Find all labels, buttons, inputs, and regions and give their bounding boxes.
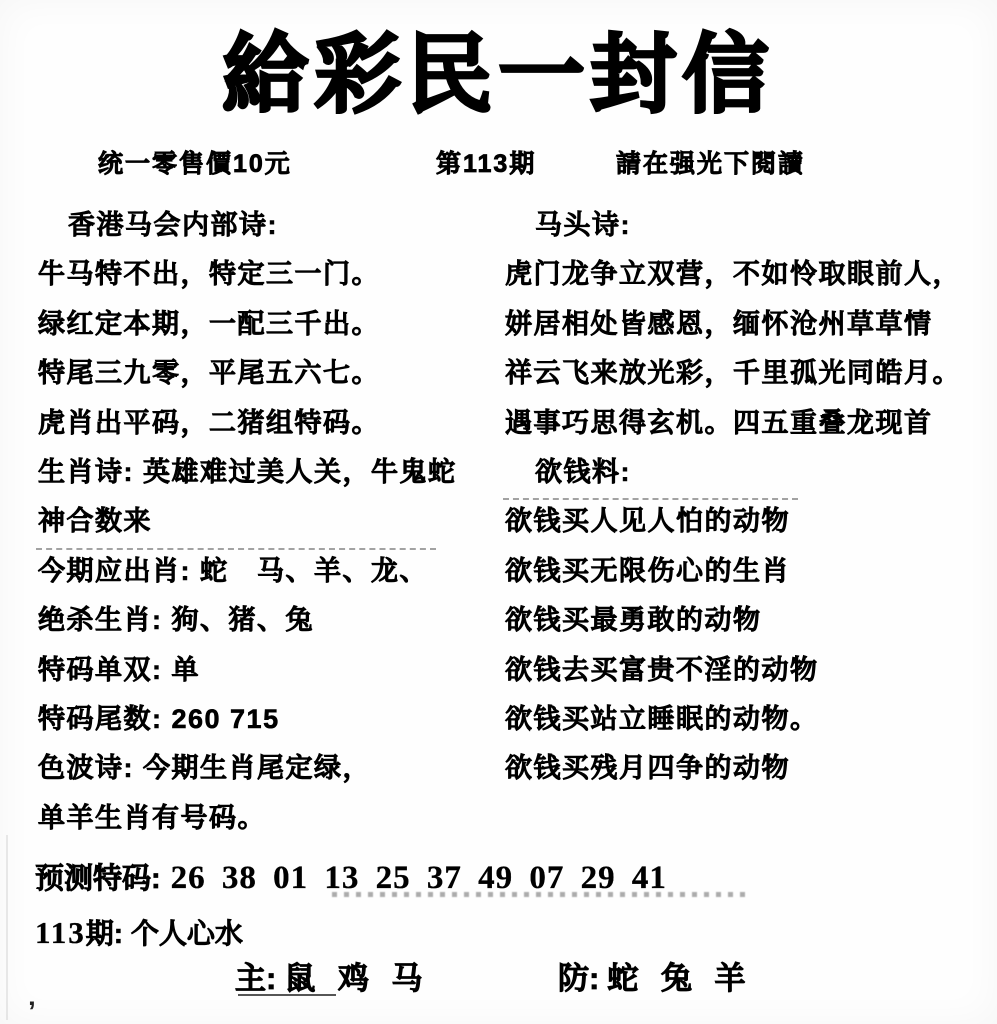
text-line: 姘居相处皆感恩，缅怀沧州草草情: [505, 300, 990, 349]
text-line-content: 欲钱去买富贵不淫的动物: [505, 646, 819, 695]
text-line: 欲钱买无限伤心的生肖: [505, 547, 990, 596]
retail-price-label: 统一零售價10元: [98, 144, 292, 180]
text-line: 今期应出肖: 蛇 马、羊、龙、: [38, 547, 493, 596]
text-line-content: 单羊生肖有号码。: [38, 794, 266, 843]
text-line-content: 欲钱买人见人怕的动物: [505, 497, 790, 546]
reading-notice-label: 請在强光下閱讀: [616, 144, 805, 180]
prediction-label: 预测特码:: [35, 863, 161, 895]
main-label: 主:: [235, 961, 276, 996]
personal-pick-text: 个人心水: [131, 918, 243, 949]
text-line: 欲钱买残月四争的动物: [505, 744, 990, 793]
main-guard-row: 主:鼠 鸡 马 防:蛇 兔 羊: [0, 953, 997, 1003]
text-line: 欲钱买最勇敢的动物: [505, 596, 990, 645]
text-line-content: 欲钱买残月四争的动物: [505, 744, 790, 793]
scan-edge-streak: [6, 835, 8, 1020]
personal-pick-line: 113期: 个人心水: [35, 912, 243, 952]
text-line-content: 色波诗: 今期生肖尾定绿，: [38, 744, 371, 793]
text-line: 马头诗:: [505, 201, 990, 250]
text-line-content: 特尾三九零，平尾五六七。: [38, 349, 380, 398]
text-line: 香港马会内部诗:: [38, 201, 493, 250]
text-line: 遇事巧思得玄机。四五重叠龙现首: [505, 399, 990, 448]
scan-comma-artifact: ‚: [28, 980, 36, 1012]
text-line-content: 姘居相处皆感恩，缅怀沧州草草情: [505, 300, 933, 349]
faint-print-artifact: [332, 892, 746, 897]
text-line-content: 绿红定本期，一配三千出。: [38, 300, 380, 349]
text-line-content: 欲钱买站立睡眠的动物。: [505, 695, 819, 744]
text-line-content: 虎肖出平码，二猪组特码。: [38, 399, 380, 448]
text-line-content: 今期应出肖: 蛇 马、羊、龙、: [38, 547, 428, 596]
text-line: 虎门龙争立双营，不如怜取眼前人，: [505, 250, 990, 299]
main-picks: 主:鼠 鸡 马: [235, 953, 423, 998]
guard-label: 防:: [558, 961, 599, 996]
text-line-content: 神合数来: [38, 497, 152, 546]
text-line-content: 遇事巧思得玄机。四五重叠龙现首: [505, 399, 933, 448]
text-line: 绿红定本期，一配三千出。: [38, 300, 493, 349]
text-line-content: 欲钱料:: [535, 448, 631, 497]
guard-values: 蛇 兔 羊: [607, 961, 745, 996]
text-line: 虎肖出平码，二猪组特码。: [38, 399, 493, 448]
text-line: 神合数来: [38, 497, 493, 546]
text-line-content: 牛马特不出，特定三一门。: [38, 250, 380, 299]
text-line: 色波诗: 今期生肖尾定绿，: [38, 744, 493, 793]
page-title: 給彩民一封信: [0, 26, 997, 125]
text-line: 牛马特不出，特定三一门。: [38, 250, 493, 299]
text-line-content: 虎门龙争立双营，不如怜取眼前人，: [505, 250, 961, 299]
text-line-content: 祥云飞来放光彩，千里孤光同皓月。: [505, 349, 961, 398]
text-line-content: 香港马会内部诗:: [68, 201, 278, 250]
text-line-content: 特码单双: 单: [38, 646, 200, 695]
text-line-content: 欲钱买最勇敢的动物: [505, 596, 762, 645]
text-line: 单羊生肖有号码。: [38, 794, 493, 843]
text-line-content: 生肖诗: 英雄难过美人关，牛鬼蛇: [38, 448, 457, 497]
text-line: 欲钱料:: [505, 448, 990, 497]
text-line: 生肖诗: 英雄难过美人关，牛鬼蛇: [38, 448, 493, 497]
text-line-content: 绝杀生肖: 狗、猪、兔: [38, 596, 314, 645]
text-line: 特码单双: 单: [38, 646, 493, 695]
right-column: 马头诗: 虎门龙争立双营，不如怜取眼前人， 姘居相处皆感恩，缅怀沧州草草情 祥云…: [505, 201, 990, 794]
scan-underline-artifact: [238, 994, 336, 996]
prediction-line: 预测特码:26 38 01 13 25 37 49 07 29 41: [35, 856, 667, 897]
text-line: 欲钱买人见人怕的动物: [505, 497, 990, 546]
text-line: 特码尾数: 260 715: [38, 695, 493, 744]
left-column: 香港马会内部诗: 牛马特不出，特定三一门。 绿红定本期，一配三千出。 特尾三九零…: [38, 201, 493, 843]
text-line: 欲钱买站立睡眠的动物。: [505, 695, 990, 744]
main-values: 鼠 鸡 马: [284, 961, 422, 996]
prediction-numbers: 26 38 01 13 25 37 49 07 29 41: [171, 860, 667, 896]
text-line: 祥云飞来放光彩，千里孤光同皓月。: [505, 349, 990, 398]
issue-number: 113: [35, 915, 86, 950]
text-line: 特尾三九零，平尾五六七。: [38, 349, 493, 398]
text-line-content: 欲钱买无限伤心的生肖: [505, 547, 790, 596]
issue-suffix: 期:: [86, 918, 123, 949]
issue-number-label: 第113期: [436, 144, 536, 180]
text-line: 欲钱去买富贵不淫的动物: [505, 646, 990, 695]
guard-picks: 防:蛇 兔 羊: [558, 953, 746, 998]
scanned-lottery-flyer: 給彩民一封信 统一零售價10元 第113期 請在强光下閱讀 香港马会内部诗: 牛…: [0, 0, 997, 1024]
text-line-content: 马头诗:: [535, 201, 631, 250]
text-line-content: 特码尾数: 260 715: [38, 695, 280, 744]
text-line: 绝杀生肖: 狗、猪、兔: [38, 596, 493, 645]
